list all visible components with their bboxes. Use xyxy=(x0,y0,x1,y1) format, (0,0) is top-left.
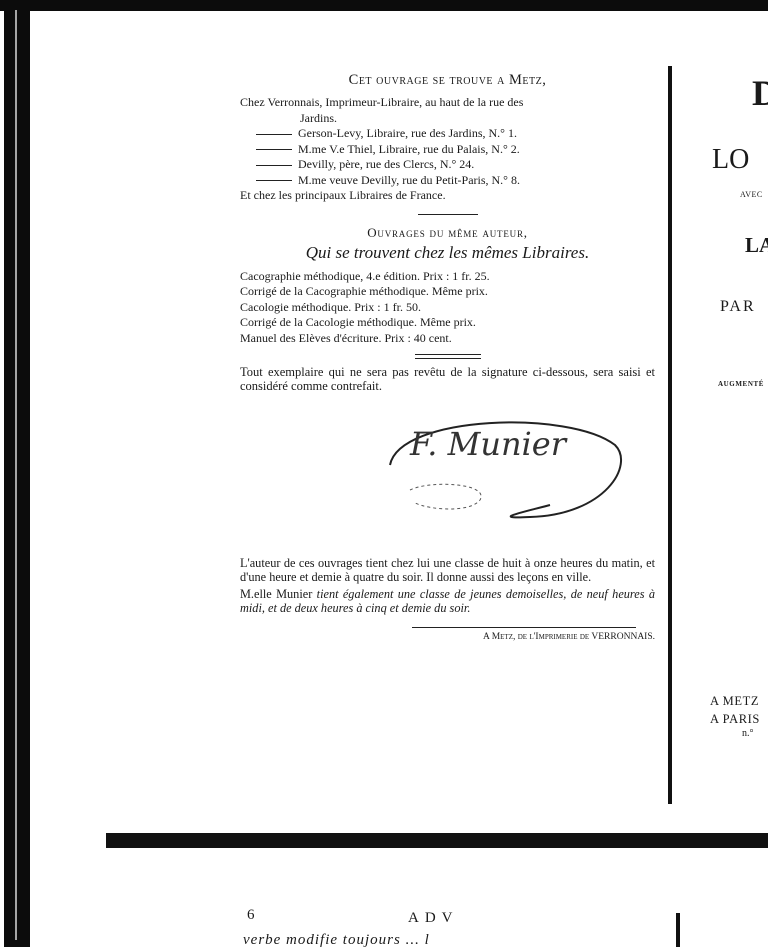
seller-line: M.me veuve Devilly, rue du Petit-Paris, … xyxy=(240,173,655,189)
page-number: 6 xyxy=(247,907,255,924)
works-title: Ouvrages du même auteur, xyxy=(240,225,655,241)
dash-rule xyxy=(256,180,292,181)
mademoiselle-note: M.elle Munier tient également une classe… xyxy=(240,588,655,615)
imprint: A Metz, de l'Imprimerie de VERRONNAIS. xyxy=(240,632,655,642)
work-item: Cacologie méthodique. Prix : 1 fr. 50. xyxy=(240,300,655,316)
page-gutter-rule xyxy=(668,66,672,804)
signature: F. Munier xyxy=(410,425,566,463)
work-item: Corrigé de la Cacographie méthodique. Mê… xyxy=(240,284,655,300)
availability-title: Cet ouvrage se trouve a Metz, xyxy=(240,72,655,89)
dash-rule xyxy=(256,134,292,135)
page-separator-bar xyxy=(106,833,768,848)
right-la: LA xyxy=(745,233,768,258)
right-metz: A METZ xyxy=(710,694,759,709)
works-subtitle: Qui se trouvent chez les mêmes Libraires… xyxy=(240,243,655,263)
work-item: Cacographie méthodique, 4.e édition. Pri… xyxy=(240,269,655,285)
right-avec: AVEC xyxy=(740,190,763,199)
seller-line: Gerson-Levy, Libraire, rue des Jardins, … xyxy=(240,126,655,142)
seller-line: Et chez les principaux Libraires de Fran… xyxy=(240,188,655,204)
ornament-divider xyxy=(415,354,481,359)
right-paris: A PARIS xyxy=(710,712,760,727)
dash-rule xyxy=(256,149,292,150)
scan-border-top xyxy=(0,0,768,11)
signature-oval-icon xyxy=(370,405,630,523)
running-head: ADV xyxy=(408,910,459,927)
right-title-lo: LO xyxy=(712,144,749,176)
right-par: PAR xyxy=(720,298,756,316)
right-number: n.° xyxy=(742,728,754,739)
author-note: L'auteur de ces ouvrages tient chez lui … xyxy=(240,557,655,584)
work-item: Manuel des Elèves d'écriture. Prix : 40 … xyxy=(240,331,655,347)
right-title-initial: D xyxy=(752,72,768,114)
body-text-line: verbe modifie toujours ... l xyxy=(243,932,430,947)
imprint-rule xyxy=(412,627,636,628)
seller-line: Chez Verronnais, Imprimeur-Libraire, au … xyxy=(240,95,655,111)
seller-line: M.me V.e Thiel, Libraire, rue du Palais,… xyxy=(240,142,655,158)
seller-line-cont: Jardins. xyxy=(240,111,655,127)
counterfeit-notice: Tout exemplaire qui ne sera pas revêtu d… xyxy=(240,365,655,393)
section-divider xyxy=(418,214,478,215)
dash-rule xyxy=(256,165,292,166)
right-augmente: AUGMENTÉ xyxy=(718,380,764,388)
next-page-rule xyxy=(676,913,680,947)
work-item: Corrigé de la Cacologie méthodique. Même… xyxy=(240,315,655,331)
seller-line: Devilly, père, rue des Clercs, N.° 24. xyxy=(240,157,655,173)
left-page: Cet ouvrage se trouve a Metz, Chez Verro… xyxy=(240,72,655,642)
scan-border-left xyxy=(4,0,30,947)
signature-stamp: F. Munier xyxy=(370,405,630,523)
